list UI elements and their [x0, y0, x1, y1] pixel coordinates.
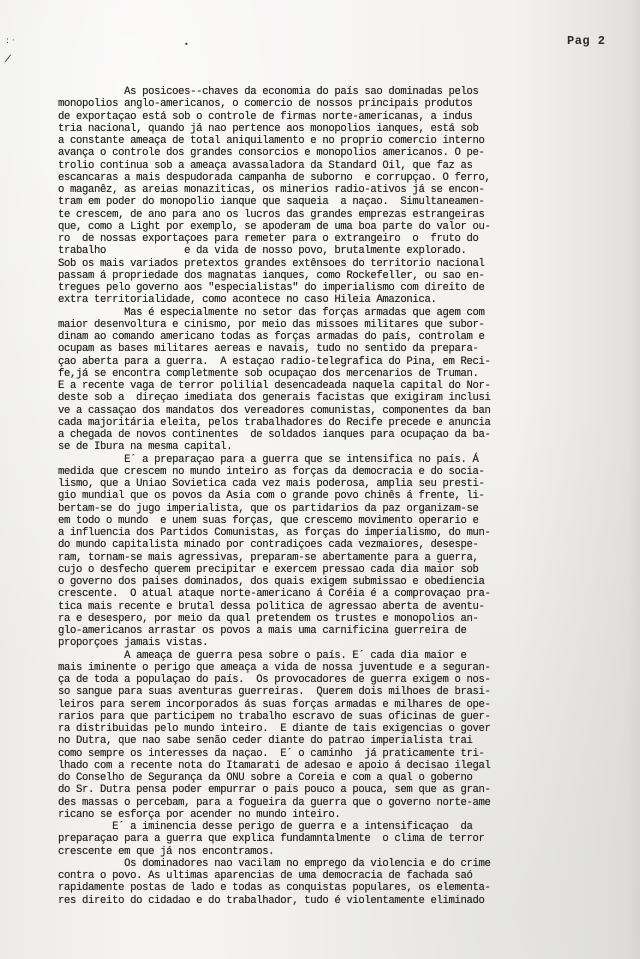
text-line: res direito do cidadao e do trabalhador,…	[58, 895, 626, 907]
text-line: avança o controle dos grandes consorcios…	[58, 147, 626, 159]
text-line: que, como a Light por exemplo, se apoder…	[58, 221, 626, 233]
text-line: medida que crescem no mundo inteiro as f…	[58, 466, 626, 478]
text-line: no Dutra, que nao sabe senão ceder diant…	[58, 735, 626, 747]
text-line: Mas é especialmente no setor das forças …	[58, 307, 626, 319]
text-line: maior desenvoltura e cinismo, por meio d…	[58, 319, 626, 331]
text-line: cada majoritária eleita, pelos trabalhad…	[58, 417, 626, 429]
page-number: Pag 2	[567, 34, 606, 48]
text-line: tram em poder do monopolio ianque que sa…	[58, 196, 626, 208]
text-line: Os dominadores nao vacilam no emprego da…	[58, 858, 626, 870]
text-line: o governo dos paises dominados, dos quai…	[58, 576, 626, 588]
text-line: glo-americanos arrastar os povos a mais …	[58, 625, 626, 637]
text-line: As posicoes--chaves da economia do país …	[58, 86, 626, 98]
text-line: do Conselho de Segurança da ONU sobre a …	[58, 772, 626, 784]
text-line: bertam-se do jugo imperialista, que os p…	[58, 503, 626, 515]
text-line: tica mais recente e brutal dessa politic…	[58, 601, 626, 613]
text-line: fe,já se encontra completmente sob ocupa…	[58, 368, 626, 380]
margin-dots-mark: : ·	[6, 36, 15, 46]
text-line: E a recente vaga de terror polilial dese…	[58, 380, 626, 392]
stray-dot-mark: •	[184, 40, 189, 49]
text-line: monopolios anglo-americanos, o comercio …	[58, 98, 626, 110]
text-line: rapidamente postas de lado e todas as co…	[58, 882, 626, 894]
text-line: deste sob a direçao imediata dos generai…	[58, 392, 626, 404]
text-line: rarios para que participem no trabalho e…	[58, 711, 626, 723]
text-line: se de Ibura na mesma capital.	[58, 441, 626, 453]
text-line: ram, tornam-se mais agressivas, preparam…	[58, 552, 626, 564]
text-line: proporçoes jamais vistas.	[58, 637, 626, 649]
text-line: ça de toda a populaçao do país. Os provo…	[58, 674, 626, 686]
text-line: cujo o desfecho querem precipitar e exer…	[58, 564, 626, 576]
text-line: çao aberta para a guerra. A estaçao radi…	[58, 356, 626, 368]
document-body: As posicoes--chaves da economia do país …	[58, 86, 626, 907]
text-line: crescente. O atual ataque norte-american…	[58, 588, 626, 600]
text-line: te crescem, de ano para ano os lucros da…	[58, 209, 626, 221]
text-line: ocupam as bases militares aereas e navai…	[58, 343, 626, 355]
text-line: ricano se esforça por acender no mundo i…	[58, 809, 626, 821]
text-line: crescente em que já nos encontramos.	[58, 846, 626, 858]
text-line: gio mundial que os povos da Asia com o g…	[58, 490, 626, 502]
text-line: a constante ameaça de total aniquilament…	[58, 135, 626, 147]
margin-tick-mark: /	[4, 52, 12, 65]
text-line: contra o povo. As ultimas aparencias de …	[58, 870, 626, 882]
text-line: de exportaçao está sob o controle de fir…	[58, 111, 626, 123]
text-line: ra e desespero, por meio da qual pretend…	[58, 613, 626, 625]
text-line: tria nacional, quando já nao pertence ao…	[58, 123, 626, 135]
text-line: do mundo capitalista minado por contradi…	[58, 539, 626, 551]
text-line: trolio continua sob a ameaça avassalador…	[58, 160, 626, 172]
text-line: trabalho e da vida de nosso povo, brutal…	[58, 245, 626, 257]
text-line: em todo o mundo e unem suas forças, que …	[58, 515, 626, 527]
text-line: so sangue para suas aventuras guerreiras…	[58, 686, 626, 698]
text-line: passam á propriedade dos magnatas ianque…	[58, 270, 626, 282]
text-line: des massas o percebam, para a fogueira d…	[58, 797, 626, 809]
text-line: o maganêz, as areias monaziticas, os min…	[58, 184, 626, 196]
text-line: do Sr. Dutra pensa poder empurrar o pais…	[58, 784, 626, 796]
text-line: A ameaça de guerra pesa sobre o país. E´…	[58, 650, 626, 662]
text-line: ro de nossas exportaçoes para remeter pa…	[58, 233, 626, 245]
text-line: ve a cassaçao dos mandatos dos vereadore…	[58, 405, 626, 417]
text-line: E´ a iminencia desse perigo de guerra e …	[58, 821, 626, 833]
text-line: leiros para serem incorporados ás suas f…	[58, 699, 626, 711]
text-line: lhado com a recente nota do Itamarati de…	[58, 760, 626, 772]
text-line: tregues pelo governo aos "especialistas"…	[58, 282, 626, 294]
text-line: lismo, que a Uniao Sovietica cada vez ma…	[58, 478, 626, 490]
text-line: a influencia dos Partidos Comunistas, as…	[58, 527, 626, 539]
text-line: mais iminente o perigo que ameaça a vida…	[58, 662, 626, 674]
text-line: a chegada de novos continentes de soldad…	[58, 429, 626, 441]
text-line: como sempre os interesses da naçao. E´ o…	[58, 748, 626, 760]
text-line: extra territorialidade, como acontece no…	[58, 294, 626, 306]
text-line: preparaçao para a guerra que explica fun…	[58, 833, 626, 845]
text-line: ra distribuidas pelo mundo inteiro. E di…	[58, 723, 626, 735]
text-line: E´ a preparaçao para a guerra que se int…	[58, 454, 626, 466]
text-line: escancaras a mais despudorada campanha d…	[58, 172, 626, 184]
text-line: Sob os mais variados pretextos grandes e…	[58, 258, 626, 270]
typewritten-page: : · / • Pag 2 As posicoes--chaves da eco…	[0, 0, 640, 959]
text-line: dinam ao comando americano todas as forç…	[58, 331, 626, 343]
